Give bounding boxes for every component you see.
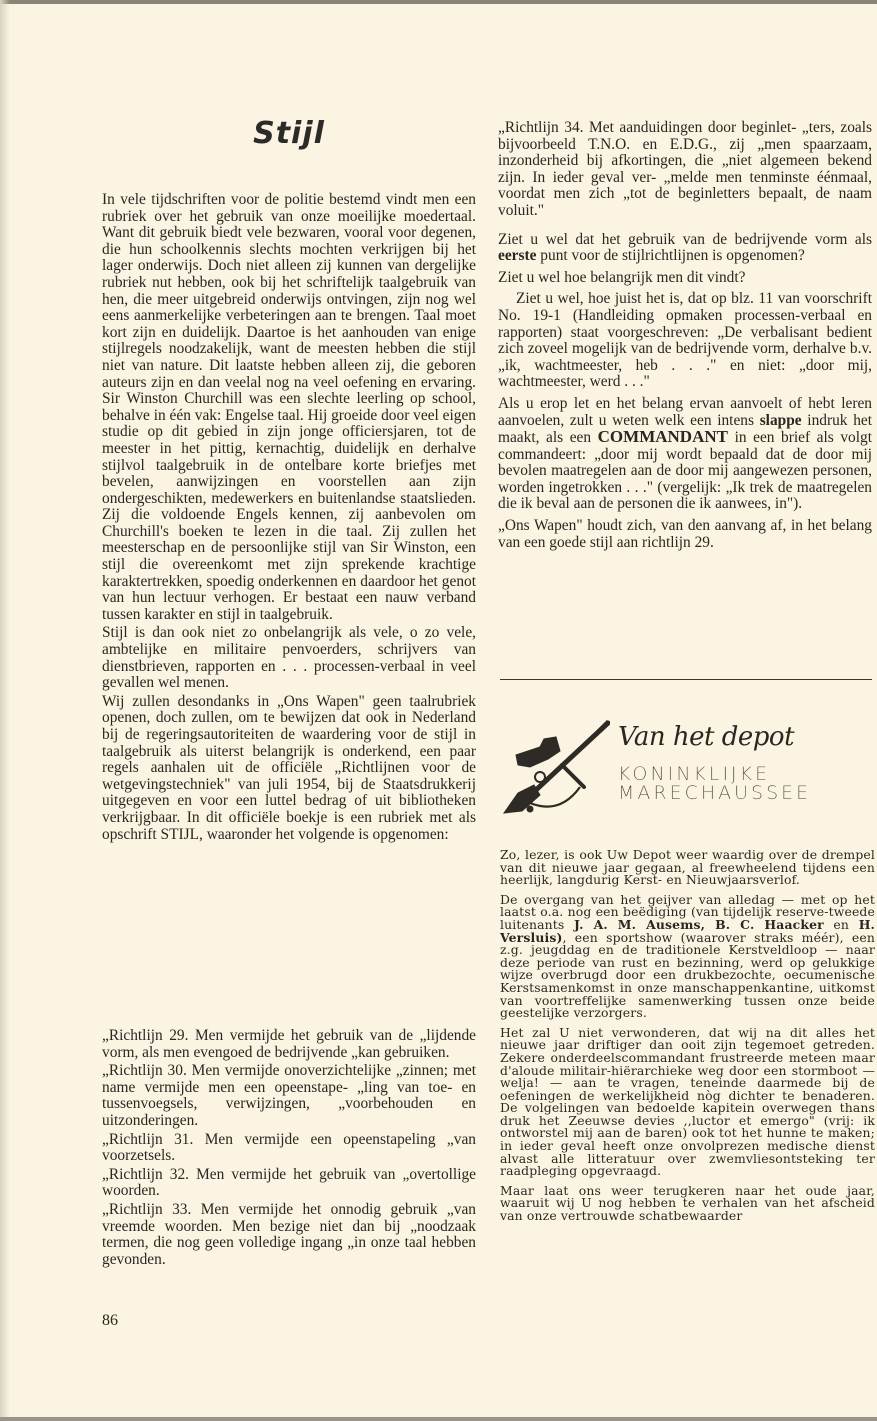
emphasis-eerste: eerste bbox=[498, 247, 536, 264]
closing-paragraph-4: Als u erop let en het belang ervan aanvo… bbox=[498, 396, 872, 513]
article-title: Stijl bbox=[102, 116, 476, 151]
text-run: , een sportshow (waarover straks méér), … bbox=[500, 930, 875, 1021]
page-top-edge bbox=[0, 0, 877, 4]
closing-question-1: Ziet u wel dat het gebruik van de bedrij… bbox=[498, 232, 872, 265]
article-paragraph: Stijl is dan ook niet zo onbelangrijk al… bbox=[102, 625, 476, 691]
depot-paragraph: De overgang van het geijver van alledag … bbox=[500, 894, 875, 1020]
article-body-right: „Richtlijn 34. Met aanduidingen door beg… bbox=[498, 120, 872, 551]
article-body-left: In vele tijdschriften voor de politie be… bbox=[102, 192, 476, 843]
depot-section-header: Van het depot KONINKLIJKE MARECHAUSSEE bbox=[500, 715, 875, 810]
guideline-34: „Richtlijn 34. Met aanduidingen door beg… bbox=[498, 120, 872, 220]
guidelines-quote-block: „Richtlijn 29. Men vermijde het gebruik … bbox=[102, 1028, 476, 1268]
closing-paragraph-5: „Ons Wapen" houdt zich, van den aanvang … bbox=[498, 518, 872, 551]
section-divider bbox=[500, 679, 872, 680]
emphasis-commandant: COMMANDANT bbox=[598, 427, 728, 446]
text-run: punt voor de stijlrichtlijnen is opgenom… bbox=[536, 247, 804, 264]
depot-paragraph: Maar laat ons weer terugkeren naar het o… bbox=[500, 1185, 875, 1223]
depot-section-title: Van het depot bbox=[618, 722, 794, 752]
guideline-31: „Richtlijn 31. Men vermijde een opeensta… bbox=[102, 1132, 476, 1165]
crossed-rifle-emblem-icon bbox=[500, 715, 610, 815]
depot-organisation-name: KONINKLIJKE MARECHAUSSEE bbox=[618, 765, 811, 803]
page-binding-shadow bbox=[0, 0, 10, 1421]
page-number: 86 bbox=[102, 1312, 118, 1330]
page-bottom-edge bbox=[0, 1417, 877, 1421]
depot-paragraph: Zo, lezer, is ook Uw Depot weer waardig … bbox=[500, 849, 875, 887]
guideline-32: „Richtlijn 32. Men vermijde het gebruik … bbox=[102, 1167, 476, 1200]
depot-article-body: Zo, lezer, is ook Uw Depot weer waardig … bbox=[500, 849, 875, 1223]
depot-paragraph: Het zal U niet verwonderen, dat wij na d… bbox=[500, 1027, 875, 1178]
closing-paragraph-3: Ziet u wel, hoe juist het is, dat op blz… bbox=[498, 291, 872, 391]
guideline-29: „Richtlijn 29. Men vermijde het gebruik … bbox=[102, 1028, 476, 1061]
article-paragraph: Wij zullen desondanks in „Ons Wapen" gee… bbox=[102, 694, 476, 843]
article-paragraph: In vele tijdschriften voor de politie be… bbox=[102, 192, 476, 623]
org-line-2: MARECHAUSSEE bbox=[618, 784, 811, 803]
guideline-30: „Richtlijn 30. Men vermijde onoverzichte… bbox=[102, 1063, 476, 1129]
closing-question-2: Ziet u wel hoe belangrijk men dit vindt? bbox=[498, 270, 872, 287]
emphasis-slappe: slappe bbox=[760, 412, 802, 429]
text-run: Ziet u wel dat het gebruik van de bedrij… bbox=[498, 231, 872, 248]
guideline-33: „Richtlijn 33. Men vermijde het onnodig … bbox=[102, 1202, 476, 1268]
